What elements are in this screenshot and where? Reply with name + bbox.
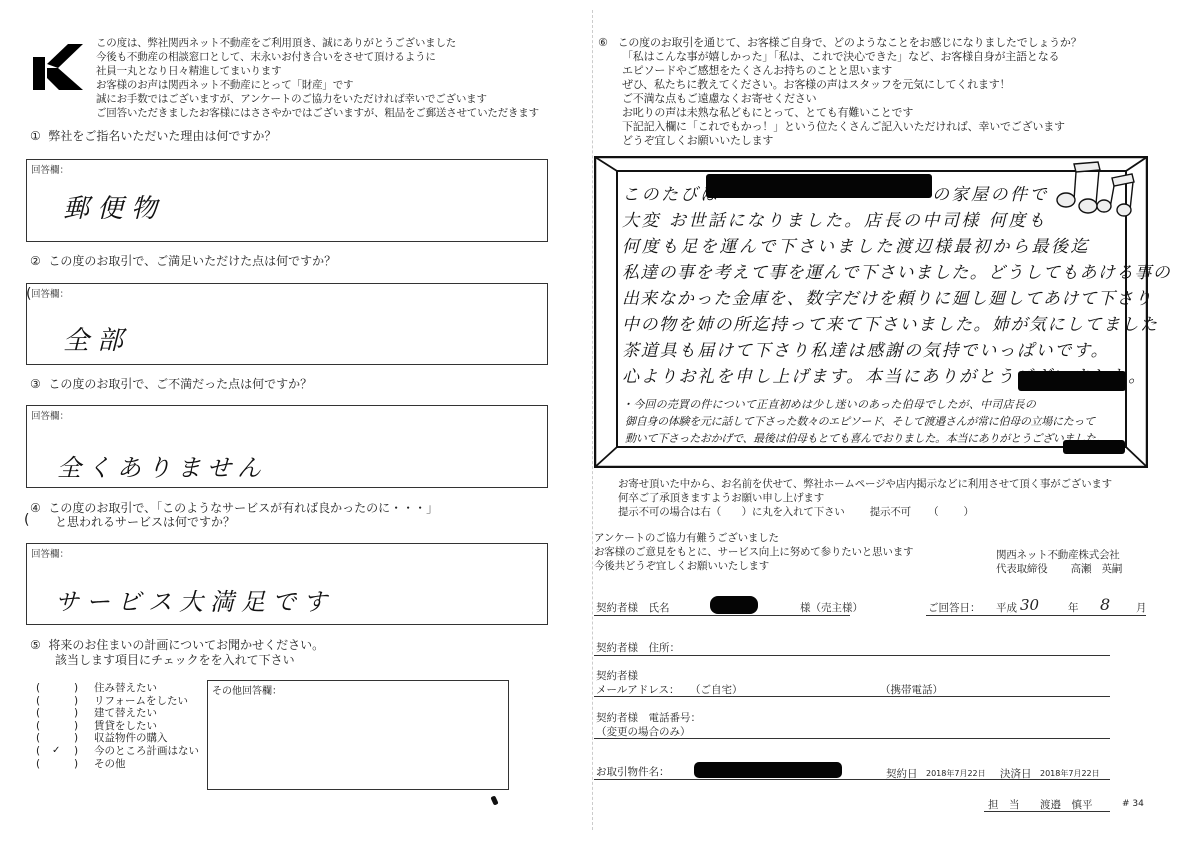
redacted-name (710, 596, 758, 614)
plan-option-label: リフォームをしたい (94, 695, 188, 708)
letter-line: 中の物を姉の所迄持って来て下さいました。姉が気にしてました (622, 310, 1159, 335)
plan-option-label: その他 (94, 758, 126, 771)
q6-line: お叱りの声は未熟な私どもにとって、とても有難いことです (598, 106, 1082, 120)
plan-option[interactable]: ()住み替えたい (36, 682, 199, 695)
answer-label: 回答欄： (31, 286, 69, 300)
plan-option[interactable]: ()収益物件の購入 (36, 732, 199, 745)
refuse-checkbox[interactable]: （ ） (928, 506, 974, 518)
question-text: この度のお取引で、「このようなサービスが有れば良かったのに・・・」 (48, 501, 438, 515)
music-notes-icon (1052, 160, 1142, 218)
plan-checkbox[interactable]: () (36, 732, 94, 745)
phone-label: 契約者様 電話番号： (596, 710, 701, 725)
letter-line: 何度も足を運んで下さいました渡辺様最初から最後迄 (622, 232, 1090, 257)
intro-line: 誠にお手数ではございますが、アンケートのご協力をいただければ幸いでございます (96, 92, 539, 106)
plan-checkbox[interactable]: () (36, 720, 94, 733)
contract-label: 契約日 (886, 766, 918, 781)
email-label-1: 契約者様 (596, 668, 638, 683)
question-2: ② この度のお取引で、ご満足いただけた点は何ですか？ (30, 254, 336, 269)
plan-option[interactable]: ()リフォームをしたい (36, 695, 199, 708)
answer-label: 回答欄： (31, 546, 69, 560)
question-4: ④ この度のお取引で、「このようなサービスが有れば良かったのに・・・」 (30, 501, 438, 516)
question-4-line2: と思われるサービスは何ですか？ (55, 515, 235, 530)
email-label-2: メールアドレス： (596, 682, 679, 697)
intro-line: この度は、弊社関西ネット不動産をご利用頂き、誠にありがとうございました (96, 36, 539, 50)
date-year[interactable]: 30 (1020, 596, 1039, 614)
other-answer-box[interactable]: その他回答欄： (207, 680, 509, 790)
letter-line: このたびは (622, 180, 720, 205)
question-5: ⑤ 将来のお住まいの計画についてお聞かせください。 (30, 638, 324, 653)
plan-checkbox[interactable]: () (36, 695, 94, 708)
plan-option[interactable]: ()✓今のところ計画はない (36, 745, 199, 758)
letter-postscript: 御自身の体験を元に話して下さった数々のエピソード、そして渡邉さんが常に伯母の立場… (625, 413, 1095, 429)
contract-date: 2018年7月22日 (926, 768, 986, 779)
refuse-label: 提示不可 (870, 506, 911, 518)
plan-option[interactable]: ()その他 (36, 758, 199, 771)
question-number: ④ (30, 501, 41, 515)
redacted-property (694, 762, 842, 778)
plan-checkbox[interactable]: ()✓ (36, 745, 94, 758)
date-era: 平成 (996, 600, 1017, 615)
date-label: ご回答日： (928, 600, 981, 615)
question-number: ⑥ (598, 36, 608, 49)
address-label: 契約者様 住所： (596, 640, 680, 655)
consent-line: 何卒ご了承頂きますようお願い申し上げます (618, 491, 1112, 505)
answer-label: 回答欄： (31, 162, 69, 176)
question-number: ② (30, 254, 41, 268)
settle-date: 2018年7月22日 (1040, 768, 1100, 779)
answer-label: 回答欄： (31, 408, 69, 422)
intro-line: お客様のお声は関西ネット不動産にとって「財産」です (96, 78, 539, 92)
staff-label: 担 当 (988, 797, 1020, 812)
stray-mark (490, 795, 498, 805)
answer-box-4[interactable]: 回答欄： サービス大満足です (26, 543, 548, 625)
q6-line: この度のお取引を通じて、お客様ご自身で、どのようなことをお感じになりましたでしょ… (618, 36, 1082, 49)
question-3: ③ この度のお取引で、ご不満だった点は何ですか？ (30, 377, 312, 392)
plan-checkbox[interactable]: () (36, 682, 94, 695)
question-6: ⑥ この度のお取引を通じて、お客様ご自身で、どのようなことをお感じになりましたで… (598, 36, 1082, 148)
staff-name: 渡邉 慎平 (1040, 797, 1093, 812)
answer-box-1[interactable]: 回答欄： 郵便物 (26, 159, 548, 242)
question-5-line2: 該当します項目にチェックをを入れて下さい (55, 653, 295, 668)
k-logo-icon (33, 42, 83, 92)
address-field[interactable] (594, 655, 1110, 656)
page-divider (592, 10, 593, 830)
email-home-label: （ご自宅） (690, 682, 743, 697)
q6-line: ご不満な点もご遠慮なくお寄せください (598, 92, 1082, 106)
intro-text: この度は、弊社関西ネット不動産をご利用頂き、誠にありがとうございました 今後も不… (96, 36, 539, 120)
question-number: ③ (30, 377, 41, 391)
answer-box-2[interactable]: 回答欄： 全部 (26, 283, 548, 365)
question-1: ① 弊社をご指名いただいた理由は何ですか？ (30, 129, 276, 144)
plan-option-label: 今のところ計画はない (94, 745, 199, 758)
answer-box-3[interactable]: 回答欄： 全くありません (26, 405, 548, 488)
q6-line: エピソードやご感想をたくさんお持ちのことと思います (598, 64, 1082, 78)
letter-line: の家屋の件で (932, 180, 1049, 205)
plan-option-label: 賃貸をしたい (94, 720, 157, 733)
check-mark-icon: ✓ (52, 745, 60, 758)
settle-label: 決済日 (1000, 766, 1032, 781)
question-text: 弊社をご指名いただいた理由は何ですか？ (48, 129, 276, 143)
intro-line: ご回答いただきましたお客様にはささやかではございますが、粗品をご郵送させていただ… (96, 106, 539, 120)
intro-line: 今後も不動産の相談窓口として、末永いお付き合いをさせて頂けるように (96, 50, 539, 64)
thanks-line: お客様のご意見をもとに、サービス向上に努めて参りたいと思います (594, 545, 913, 559)
date-month-unit: 月 (1136, 600, 1147, 615)
question-text: この度のお取引で、ご満足いただけた点は何ですか？ (48, 254, 336, 268)
letter-postscript: 動いて下さったおかげで、最後は伯母もとても喜んでおりました。本当にありがとうござ… (625, 430, 1106, 446)
other-answer-label: その他回答欄： (212, 682, 282, 697)
company-name: 関西ネット不動産株式会社 (996, 548, 1120, 562)
stray-mark: ( (24, 512, 29, 528)
phone-note: （変更の場合のみ） (596, 724, 691, 739)
redacted-block (1063, 440, 1125, 454)
consent-text: お寄せ頂いた中から、お名前を伏せて、弊社ホームページや店内掲示などに利用させて頂… (618, 477, 1112, 519)
redacted-block (1018, 371, 1126, 391)
answer-1-handwritten: 郵便物 (63, 188, 165, 225)
name-underline (594, 615, 850, 616)
thanks-line: アンケートのご協力有難うございました (594, 531, 913, 545)
email-mobile-label: （携帯電話） (880, 682, 943, 697)
q6-line: ぜひ、私たちに教えてください。お客様の声はスタッフを元気にしてくれます！ (598, 78, 1082, 92)
plan-option-label: 収益物件の購入 (94, 732, 168, 745)
plan-checkbox[interactable]: () (36, 707, 94, 720)
answer-4-handwritten: サービス大満足です (55, 582, 334, 617)
name-label: 契約者様 氏名 (596, 600, 670, 615)
letter-line: 茶道具も届けて下さり私達は感謝の気持でいっぱいです。 (622, 336, 1109, 361)
question-text: 将来のお住まいの計画についてお聞かせください。 (48, 638, 324, 652)
letter-line: 出来なかった金庫を、数字だけを頼りに廻し廻してあけて下さり (622, 284, 1153, 309)
date-underline (926, 615, 1146, 616)
q6-line: 下記記入欄に「これでもかっ！」という位たくさんご記入いただければ、幸いでございま… (598, 120, 1082, 134)
property-underline (594, 779, 1110, 780)
plan-checkbox[interactable]: () (36, 758, 94, 771)
q6-line: 「私はこんな事が嬉しかった」「私は、これで決心できた」など、お客様自身が主語とな… (598, 50, 1082, 64)
letter-line: 私達の事を考えて事を運んで下さいました。どうしてもあける事の (622, 258, 1171, 283)
stray-mark: ( (26, 286, 31, 302)
doc-number: # 34 (1122, 799, 1144, 809)
rep-name: 高瀬 英嗣 (1071, 563, 1123, 575)
plan-option-label: 建て替えたい (94, 707, 157, 720)
date-year-unit: 年 (1068, 600, 1079, 615)
intro-line: 社員一丸となり日々精進してまいります (96, 64, 539, 78)
letter-postscript: ・今回の売買の件について正直初めは少し迷いのあった伯母でしたが、中司店長の (622, 396, 1036, 412)
redacted-block (706, 174, 932, 198)
question-number: ① (30, 129, 41, 143)
thanks-line: 今後共どうぞ宜しくお願いいたします (594, 559, 913, 573)
date-month[interactable]: 8 (1100, 595, 1110, 614)
plan-option[interactable]: ()建て替えたい (36, 707, 199, 720)
plan-options: ()住み替えたい()リフォームをしたい()建て替えたい()賃貸をしたい()収益物… (36, 682, 199, 770)
consent-line: 提示不可の場合は右（ ）に丸を入れて下さい (618, 506, 845, 518)
question-text: この度のお取引で、ご不満だった点は何ですか？ (48, 377, 312, 391)
property-label: お取引物件名： (596, 764, 670, 779)
answer-3-handwritten: 全くありません (57, 448, 267, 483)
question-number: ⑤ (30, 638, 41, 652)
answer-2-handwritten: 全部 (63, 320, 131, 357)
consent-line: お寄せ頂いた中から、お名前を伏せて、弊社ホームページや店内掲示などに利用させて頂… (618, 477, 1112, 491)
plan-option[interactable]: ()賃貸をしたい (36, 720, 199, 733)
plan-option-label: 住み替えたい (94, 682, 157, 695)
rep-title: 代表取締役 (996, 563, 1048, 575)
q6-line: どうぞ宜しくお願いいたします (598, 134, 1082, 148)
thanks-text: アンケートのご協力有難うございました お客様のご意見をもとに、サービス向上に努め… (594, 531, 913, 573)
letter-line: 大変 お世話になりました。店長の中司様 何度も (622, 206, 1047, 231)
name-suffix: 様（売主様） (800, 600, 863, 615)
